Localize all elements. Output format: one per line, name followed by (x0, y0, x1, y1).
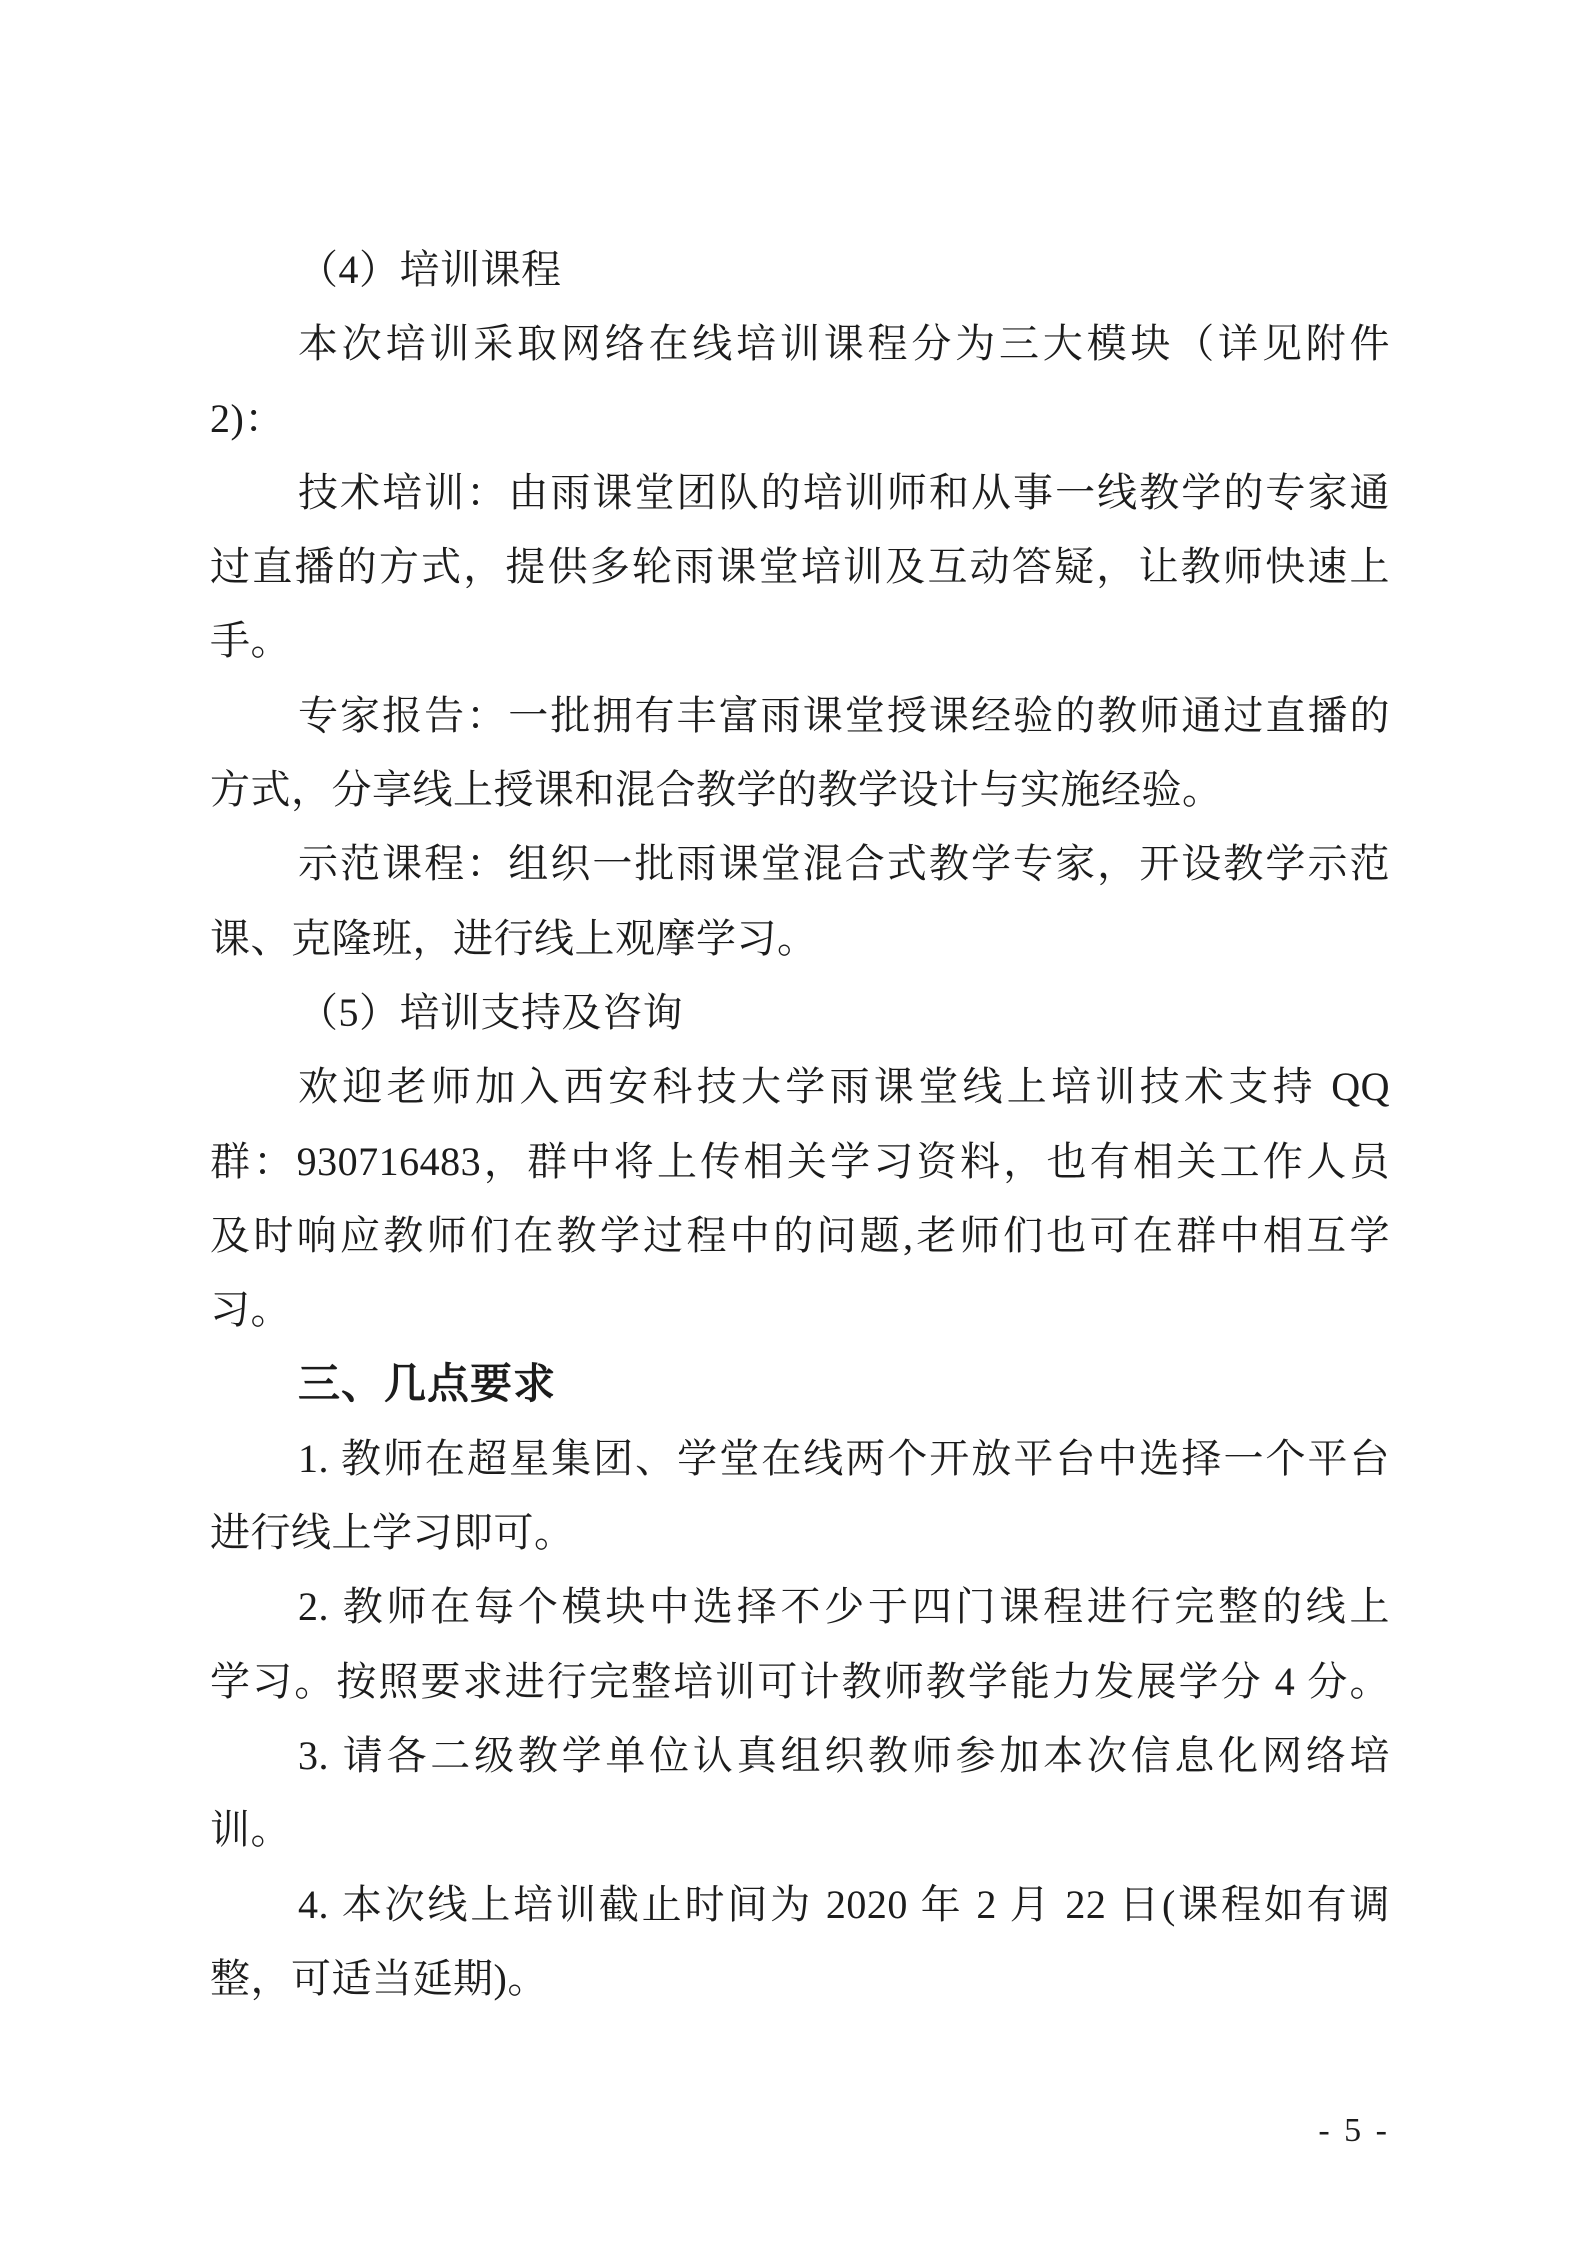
text-line: 技术培训：由雨课堂团队的培训师和从事一线教学的专家通 (210, 456, 1390, 530)
text-line: 进行线上学习即可。 (210, 1496, 1390, 1570)
text-line: 习。 (210, 1273, 1390, 1347)
text-line: 训。 (210, 1793, 1390, 1867)
text-block: （4）培训课程本次培训采取网络在线培训课程分为三大模块（详见附件2)：技术培训：… (210, 233, 1390, 2016)
text-line: 整，可适当延期)。 (210, 1942, 1390, 2016)
page-number: - 5 - (1318, 2112, 1390, 2150)
text-line: 本次培训采取网络在线培训课程分为三大模块（详见附件 (210, 307, 1390, 381)
text-line: 4. 本次线上培训截止时间为 2020 年 2 月 22 日(课程如有调 (210, 1868, 1390, 1942)
text-line: 过直播的方式，提供多轮雨课堂培训及互动答疑，让教师快速上 (210, 530, 1390, 604)
text-line: 课、克隆班，进行线上观摩学习。 (210, 902, 1390, 976)
text-line: 群：930716483，群中将上传相关学习资料，也有相关工作人员 (210, 1125, 1390, 1199)
text-line: 2. 教师在每个模块中选择不少于四门课程进行完整的线上 (210, 1570, 1390, 1644)
text-line: 手。 (210, 604, 1390, 678)
section-heading: 三、几点要求 (210, 1347, 1390, 1421)
text-line: （5）培训支持及咨询 (210, 976, 1390, 1050)
text-line: 学习。按照要求进行完整培训可计教师教学能力发展学分 4 分。 (210, 1645, 1390, 1719)
text-line: 及时响应教师们在教学过程中的问题,老师们也可在群中相互学 (210, 1199, 1390, 1273)
text-line: 欢迎老师加入西安科技大学雨课堂线上培训技术支持 QQ (210, 1050, 1390, 1124)
document-page: （4）培训课程本次培训采取网络在线培训课程分为三大模块（详见附件2)：技术培训：… (0, 0, 1587, 2245)
text-line: 专家报告：一批拥有丰富雨课堂授课经验的教师通过直播的 (210, 679, 1390, 753)
text-line: 3. 请各二级教学单位认真组织教师参加本次信息化网络培 (210, 1719, 1390, 1793)
text-line: 2)： (210, 382, 1390, 456)
text-line: 示范课程：组织一批雨课堂混合式教学专家，开设教学示范 (210, 827, 1390, 901)
text-line: 方式，分享线上授课和混合教学的教学设计与实施经验。 (210, 753, 1390, 827)
text-line: （4）培训课程 (210, 233, 1390, 307)
text-line: 1. 教师在超星集团、学堂在线两个开放平台中选择一个平台 (210, 1422, 1390, 1496)
